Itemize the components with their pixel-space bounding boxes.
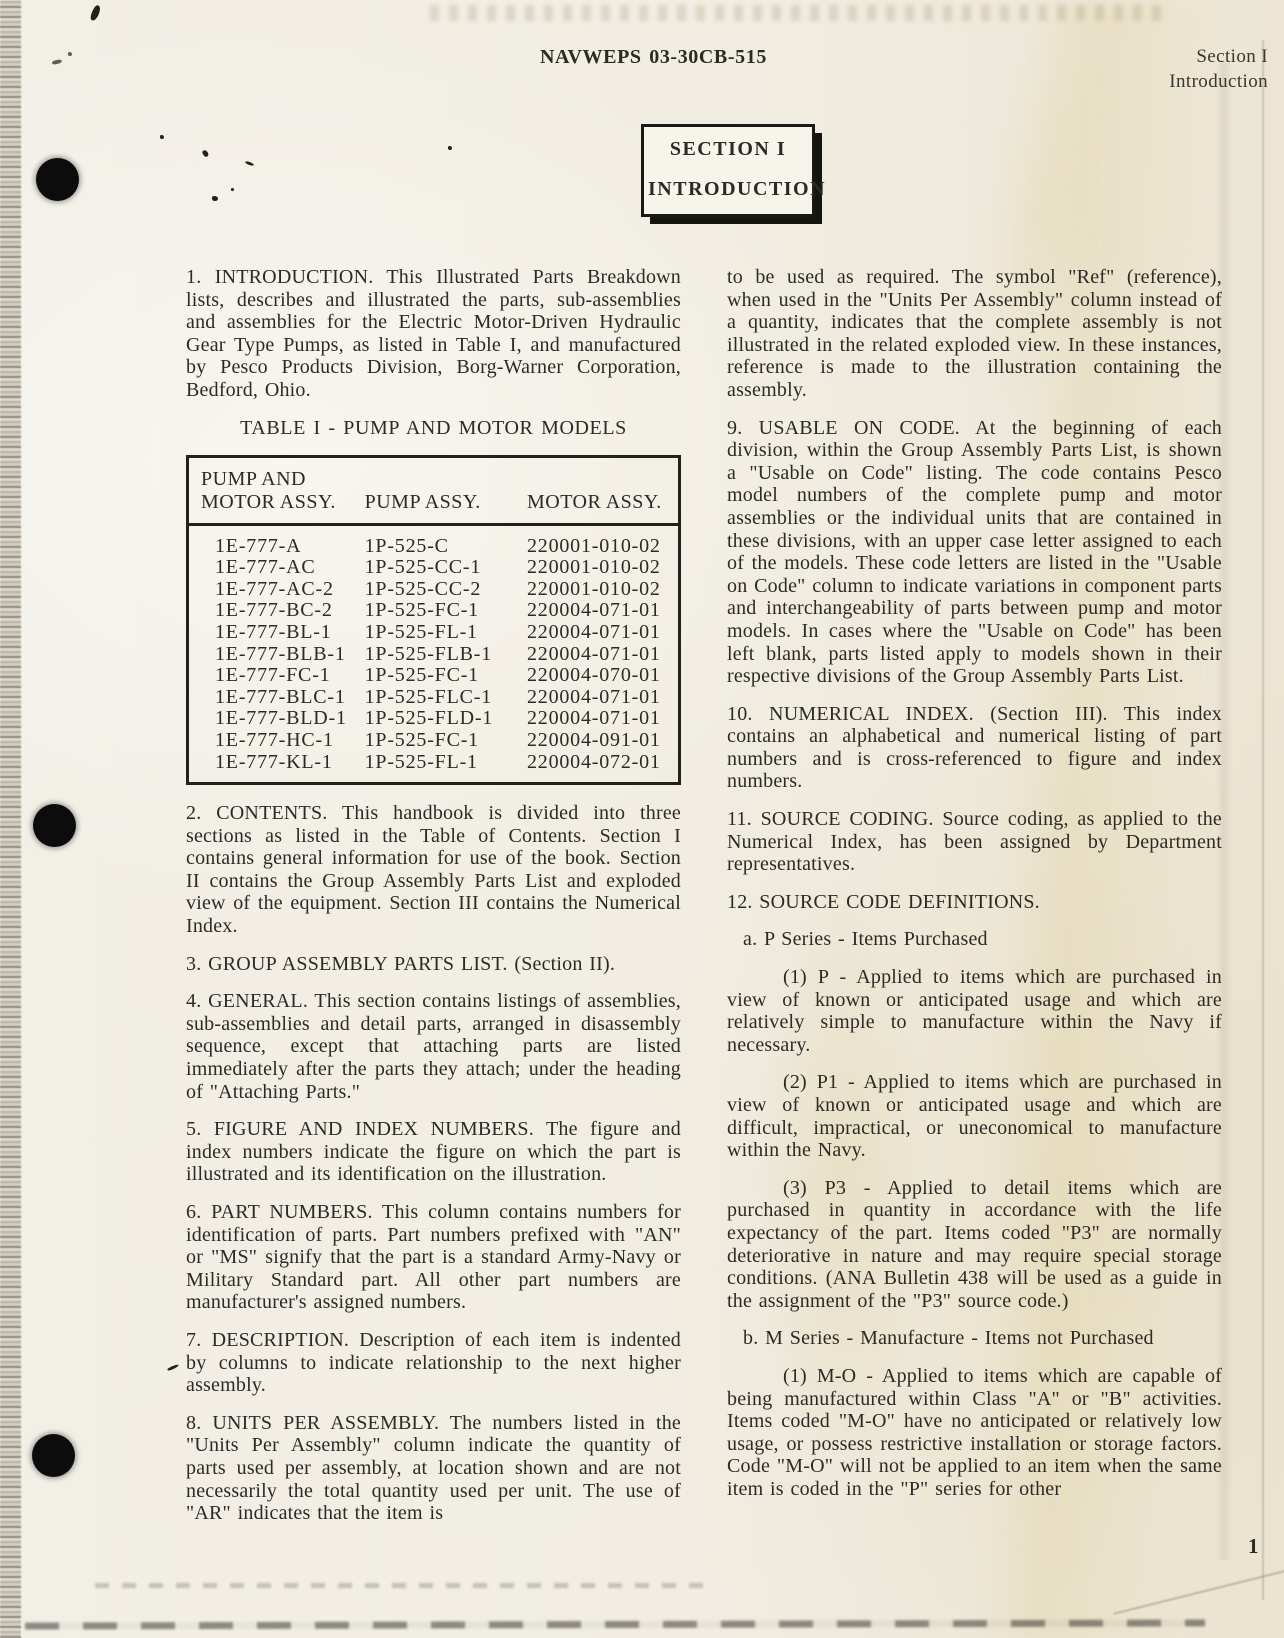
section-subtitle: INTRODUCTION [648,178,808,201]
section-reference-line1: Section I [1169,44,1268,69]
table-row: 1E-777-BLB-1 1P-525-FLB-1 220004-071-01 [188,644,680,666]
motor-assy-cell: 220004-071-01 [527,644,680,666]
item-b-m-series: b. M Series - Manufacture - Items not Pu… [743,1327,1222,1350]
pump-assy-cell: 1P-525-CC-2 [365,579,527,601]
hole-punch [36,158,79,201]
paragraph-4-general: 4. GENERAL. This section contains listin… [186,990,681,1103]
pump-assy-cell: 1P-525-FLD-1 [365,708,527,730]
ink-speck [89,4,102,21]
table-row: 1E-777-AC 1P-525-CC-1 220001-010-02 [188,557,680,579]
ink-speck [68,52,72,56]
paragraph-1-introduction: 1. INTRODUCTION. This Illustrated Parts … [186,266,681,402]
hole-punch [32,1434,75,1477]
ink-speck [212,196,218,201]
table-row: 1E-777-FC-1 1P-525-FC-1 220004-070-01 [188,665,680,687]
ink-speck [245,161,254,167]
table-row: 1E-777-BLD-1 1P-525-FLD-1 220004-071-01 [188,708,680,730]
motor-assy-cell: 220004-070-01 [527,665,680,687]
motor-assy-cell: 220004-071-01 [527,600,680,622]
pump-assy-cell: 1P-525-FC-1 [365,730,527,752]
paragraph-9-usable-on-code: 9. USABLE ON CODE. At the beginning of e… [727,417,1222,688]
pump-and-motor-assy-cell: 1E-777-BLC-1 [188,687,365,709]
pump-and-motor-assy-cell: 1E-777-BL-1 [188,622,365,644]
table-body: 1E-777-A 1P-525-C 220001-010-02 1E-777-A… [188,524,680,784]
pump-assy-cell: 1P-525-FLB-1 [365,644,527,666]
ink-speck [167,1364,179,1372]
motor-assy-cell: 220004-072-01 [527,752,680,784]
table-row: 1E-777-KL-1 1P-525-FL-1 220004-072-01 [188,752,680,784]
ink-speck [160,135,164,139]
pump-assy-cell: 1P-525-C [365,524,527,557]
motor-assy-cell: 220001-010-02 [527,524,680,557]
item-a2-p1-code: (2) P1 - Applied to items which are purc… [727,1071,1222,1161]
table-row: 1E-777-HC-1 1P-525-FC-1 220004-091-01 [188,730,680,752]
pump-assy-cell: 1P-525-FL-1 [365,752,527,784]
item-a3-p3-code: (3) P3 - Applied to detail items which a… [727,1177,1222,1313]
col-header-line1: PUMP AND [201,468,306,490]
item-a1-p-code: (1) P - Applied to items which are purch… [727,966,1222,1056]
col-header-line2: MOTOR ASSY. [201,491,336,513]
section-title: SECTION I [648,138,808,161]
manual-page: NAVWEPS 03-30CB-515 Section I Introducti… [0,0,1284,1638]
table-row: 1E-777-BL-1 1P-525-FL-1 220004-071-01 [188,622,680,644]
paragraph-6-part-numbers: 6. PART NUMBERS. This column contains nu… [186,1201,681,1314]
paragraph-2-contents: 2. CONTENTS. This handbook is divided in… [186,802,681,938]
section-reference-line2: Introduction [1169,69,1268,94]
table-row: 1E-777-BC-2 1P-525-FC-1 220004-071-01 [188,600,680,622]
smudge-mark [25,1619,1205,1629]
right-column: to be used as required. The symbol "Ref"… [727,266,1222,1540]
page-number: 1 [1248,1534,1259,1559]
pump-assy-cell: 1P-525-FL-1 [365,622,527,644]
item-a-p-series: a. P Series - Items Purchased [743,928,1222,951]
ink-speck [52,59,63,65]
paragraph-11-source-coding: 11. SOURCE CODING. Source coding, as app… [727,808,1222,876]
motor-assy-cell: 220004-071-01 [527,622,680,644]
table-title: TABLE I - PUMP AND MOTOR MODELS [186,417,681,440]
col-header-pump-and-motor-assy: PUMP AND MOTOR ASSY. [188,456,365,524]
table-row: 1E-777-AC-2 1P-525-CC-2 220001-010-02 [188,579,680,601]
doc-number: NAVWEPS 03-30CB-515 [540,46,767,69]
ink-speck [231,188,234,191]
corner-crease [1113,1557,1284,1615]
motor-assy-cell: 220004-091-01 [527,730,680,752]
table-header-row: PUMP AND MOTOR ASSY. PUMP ASSY. MOTOR AS… [188,456,680,524]
pump-assy-cell: 1P-525-FC-1 [365,600,527,622]
left-column: 1. INTRODUCTION. This Illustrated Parts … [186,266,681,1540]
table-row: 1E-777-A 1P-525-C 220001-010-02 [188,524,680,557]
paragraph-8-continued: to be used as required. The symbol "Ref"… [727,266,1222,402]
pump-assy-cell: 1P-525-FLC-1 [365,687,527,709]
pump-and-motor-assy-cell: 1E-777-AC [188,557,365,579]
motor-assy-cell: 220004-071-01 [527,687,680,709]
table-row: 1E-777-BLC-1 1P-525-FLC-1 220004-071-01 [188,687,680,709]
table-header: PUMP AND MOTOR ASSY. PUMP ASSY. MOTOR AS… [188,456,680,524]
motor-assy-cell: 220001-010-02 [527,579,680,601]
motor-assy-cell: 220001-010-02 [527,557,680,579]
pump-and-motor-assy-cell: 1E-777-BLD-1 [188,708,365,730]
col-header-pump-assy: PUMP ASSY. [365,456,527,524]
pump-and-motor-assy-cell: 1E-777-HC-1 [188,730,365,752]
paragraph-12-source-code-definitions: 12. SOURCE CODE DEFINITIONS. [727,891,1222,914]
paragraph-10-numerical-index: 10. NUMERICAL INDEX. (Section III). This… [727,703,1222,793]
motor-assy-cell: 220004-071-01 [527,708,680,730]
ink-bleed-mark [430,5,1170,21]
page-fold-line [1262,40,1264,1600]
paragraph-5-figure-and-index-numbers: 5. FIGURE AND INDEX NUMBERS. The figure … [186,1118,681,1186]
col-header-motor-assy: MOTOR ASSY. [527,456,680,524]
section-title-box: SECTION I INTRODUCTION [641,124,815,217]
smudge-mark [95,1583,715,1588]
section-reference: Section I Introduction [1169,44,1268,94]
ink-speck [448,146,452,150]
paragraph-7-description: 7. DESCRIPTION. Description of each item… [186,1329,681,1397]
paragraph-3-group-assembly-parts-list: 3. GROUP ASSEMBLY PARTS LIST. (Section I… [186,953,681,976]
pump-and-motor-assy-cell: 1E-777-BLB-1 [188,644,365,666]
pump-motor-models-table: PUMP AND MOTOR ASSY. PUMP ASSY. MOTOR AS… [186,455,681,786]
item-b1-m-o-code: (1) M-O - Applied to items which are cap… [727,1365,1222,1501]
pump-and-motor-assy-cell: 1E-777-FC-1 [188,665,365,687]
pump-and-motor-assy-cell: 1E-777-BC-2 [188,600,365,622]
binding-edge [0,0,21,1638]
paragraph-8-units-per-assembly: 8. UNITS PER ASSEMBLY. The numbers liste… [186,1412,681,1525]
pump-assy-cell: 1P-525-CC-1 [365,557,527,579]
pump-and-motor-assy-cell: 1E-777-A [188,524,365,557]
pump-assy-cell: 1P-525-FC-1 [365,665,527,687]
pump-and-motor-assy-cell: 1E-777-KL-1 [188,752,365,784]
body-columns: 1. INTRODUCTION. This Illustrated Parts … [186,266,1222,1540]
hole-punch [33,804,76,847]
ink-speck [202,149,210,158]
pump-and-motor-assy-cell: 1E-777-AC-2 [188,579,365,601]
